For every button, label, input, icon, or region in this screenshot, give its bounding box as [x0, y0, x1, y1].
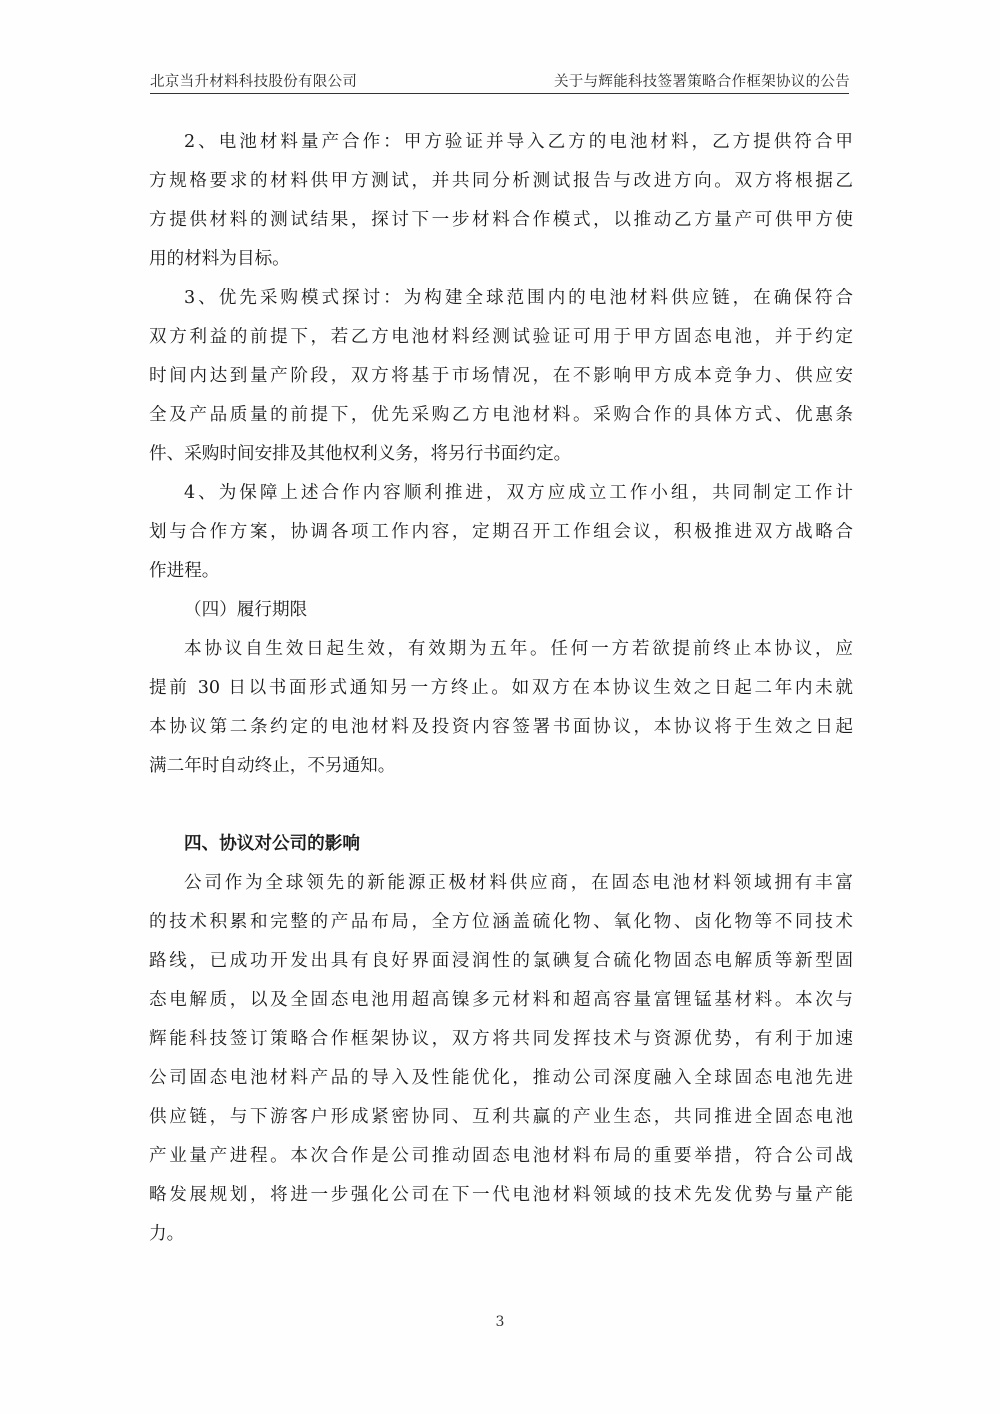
text-line: 件、采购时间安排及其他权利义务，将另行书面约定。	[149, 435, 853, 474]
text-line: 态电解质，以及全固态电池用超高镍多元材料和超高容量富锂锰基材料。本次与	[149, 981, 853, 1020]
text-line: 本协议第二条约定的电池材料及投资内容签署书面协议，本协议将于生效之日起	[149, 708, 853, 747]
section-heading: 四、协议对公司的影响	[149, 825, 853, 864]
paragraph-item-2: 2、电池材料量产合作：甲方验证并导入乙方的电池材料，乙方提供符合甲 方规格要求的…	[149, 123, 853, 279]
text-line: 公司作为全球领先的新能源正极材料供应商，在固态电池材料领域拥有丰富	[149, 864, 853, 903]
text-line: 4、为保障上述合作内容顺利推进，双方应成立工作小组，共同制定工作计	[149, 474, 853, 513]
text-line: 2、电池材料量产合作：甲方验证并导入乙方的电池材料，乙方提供符合甲	[149, 123, 853, 162]
text-line: 辉能科技签订策略合作框架协议，双方将共同发挥技术与资源优势，有利于加速	[149, 1020, 853, 1059]
document-page: 北京当升材料科技股份有限公司 关于与辉能科技签署策略合作框架协议的公告 2、电池…	[0, 0, 1000, 1414]
text-line: 用的材料为目标。	[149, 240, 853, 279]
document-body: 2、电池材料量产合作：甲方验证并导入乙方的电池材料，乙方提供符合甲 方规格要求的…	[149, 123, 853, 1254]
text-line: 产业量产进程。本次合作是公司推动固态电池材料布局的重要举措，符合公司战	[149, 1137, 853, 1176]
text-line: 满二年时自动终止，不另通知。	[149, 747, 853, 786]
paragraph-item-4: 4、为保障上述合作内容顺利推进，双方应成立工作小组，共同制定工作计 划与合作方案…	[149, 474, 853, 591]
text-line: 公司固态电池材料产品的导入及性能优化，推动公司深度融入全球固态电池先进	[149, 1059, 853, 1098]
text-line: 全及产品质量的前提下，优先采购乙方电池材料。采购合作的具体方式、优惠条	[149, 396, 853, 435]
text-line: 3、优先采购模式探讨：为构建全球范围内的电池材料供应链，在确保符合	[149, 279, 853, 318]
text-line: 双方利益的前提下，若乙方电池材料经测试验证可用于甲方固态电池，并于约定	[149, 318, 853, 357]
text-line: 的技术积累和完整的产品布局，全方位涵盖硫化物、氧化物、卤化物等不同技术	[149, 903, 853, 942]
header-company-name: 北京当升材料科技股份有限公司	[150, 70, 357, 91]
subheading-term: （四）履行期限	[149, 591, 853, 630]
text-line: 本协议自生效日起生效，有效期为五年。任何一方若欲提前终止本协议，应	[149, 630, 853, 669]
text-line: 作进程。	[149, 552, 853, 591]
paragraph-term: 本协议自生效日起生效，有效期为五年。任何一方若欲提前终止本协议，应 提前 30 …	[149, 630, 853, 786]
blank-line	[149, 786, 853, 825]
header-divider	[150, 93, 849, 94]
text-line: 方提供材料的测试结果，探讨下一步材料合作模式，以推动乙方量产可供甲方使	[149, 201, 853, 240]
section-heading-text: 四、协议对公司的影响	[149, 825, 853, 864]
subheading-text: （四）履行期限	[149, 591, 853, 630]
page-number: 3	[0, 1314, 1000, 1330]
paragraph-impact: 公司作为全球领先的新能源正极材料供应商，在固态电池材料领域拥有丰富 的技术积累和…	[149, 864, 853, 1254]
header-document-title: 关于与辉能科技签署策略合作框架协议的公告	[554, 70, 850, 91]
text-line: 划与合作方案，协调各项工作内容，定期召开工作组会议，积极推进双方战略合	[149, 513, 853, 552]
text-line: 时间内达到量产阶段，双方将基于市场情况，在不影响甲方成本竞争力、供应安	[149, 357, 853, 396]
paragraph-item-3: 3、优先采购模式探讨：为构建全球范围内的电池材料供应链，在确保符合 双方利益的前…	[149, 279, 853, 474]
text-line: 提前 30 日以书面形式通知另一方终止。如双方在本协议生效之日起二年内未就	[149, 669, 853, 708]
text-line: 方规格要求的材料供甲方测试，并共同分析测试报告与改进方向。双方将根据乙	[149, 162, 853, 201]
text-line: 力。	[149, 1215, 853, 1254]
page-header: 北京当升材料科技股份有限公司 关于与辉能科技签署策略合作框架协议的公告	[150, 70, 850, 92]
text-line: 供应链，与下游客户形成紧密协同、互利共赢的产业生态，共同推进全固态电池	[149, 1098, 853, 1137]
text-line: 略发展规划，将进一步强化公司在下一代电池材料领域的技术先发优势与量产能	[149, 1176, 853, 1215]
text-line: 路线，已成功开发出具有良好界面浸润性的氯碘复合硫化物固态电解质等新型固	[149, 942, 853, 981]
